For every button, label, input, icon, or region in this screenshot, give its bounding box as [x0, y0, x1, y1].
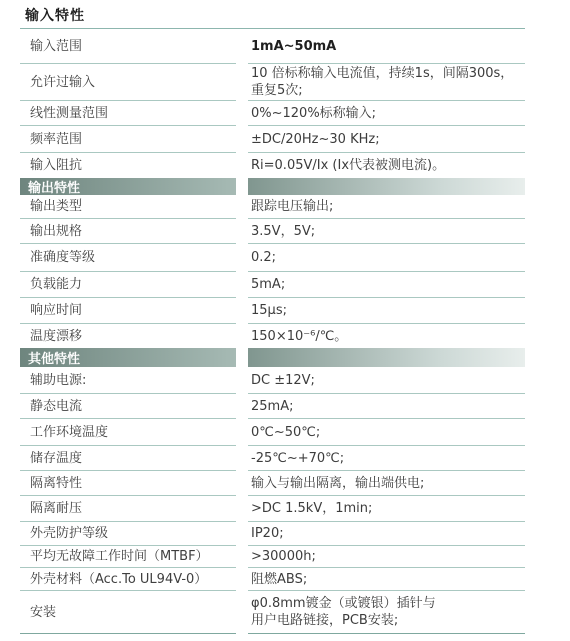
spec-value: 15μs; [248, 298, 525, 324]
spec-row: 准确度等级 0.2; [20, 244, 525, 272]
spec-value: -25℃~+70℃; [248, 446, 525, 471]
spec-value: 10 倍标称输入电流值，持续1s，间隔300s， 重复5次; [248, 64, 525, 101]
spec-value: 5mA; [248, 272, 525, 298]
spec-row: 允许过输入 10 倍标称输入电流值，持续1s，间隔300s， 重复5次; [20, 64, 525, 101]
spec-label: 允许过输入 [20, 64, 236, 101]
spec-value: 150×10⁻⁶/℃。 [248, 324, 525, 348]
spec-label: 频率范围 [20, 126, 236, 153]
spec-value: IP20; [248, 522, 525, 546]
spec-value: 0.2; [248, 244, 525, 272]
spec-label: 工作环境温度 [20, 419, 236, 446]
spec-label: 平均无故障工作时间（MTBF） [20, 546, 236, 568]
spec-label: 输出类型 [20, 195, 236, 219]
spec-label: 静态电流 [20, 394, 236, 419]
spec-row: 响应时间 15μs; [20, 298, 525, 324]
spec-row: 频率范围 ±DC/20Hz~30 KHz; [20, 126, 525, 153]
spec-row: 外壳防护等级 IP20; [20, 522, 525, 546]
spec-row: 输入阻抗 Ri=0.05V/Ix (Ix代表被测电流)。 [20, 153, 525, 178]
spec-row: 平均无故障工作时间（MTBF） >30000h; [20, 546, 525, 568]
spec-value: ±DC/20Hz~30 KHz; [248, 126, 525, 153]
spec-label: 输出规格 [20, 219, 236, 244]
spec-row: 静态电流 25mA; [20, 394, 525, 419]
spec-value: >30000h; [248, 546, 525, 568]
spec-row: 负载能力 5mA; [20, 272, 525, 298]
spec-row: 储存温度 -25℃~+70℃; [20, 446, 525, 471]
spec-value: 跟踪电压输出; [248, 195, 525, 219]
spec-value: 输入与输出隔离，输出端供电; [248, 471, 525, 496]
spec-label: 输入范围 [20, 29, 236, 64]
spec-label: 外壳材料（Acc.To UL94V-0） [20, 568, 236, 591]
spec-row: 输出类型 跟踪电压输出; [20, 195, 525, 219]
spec-row: 线性测量范围 0%~120%标称输入; [20, 101, 525, 126]
spec-label: 线性测量范围 [20, 101, 236, 126]
spec-value: 3.5V，5V; [248, 219, 525, 244]
spec-label: 安装 [20, 591, 236, 634]
spec-label: 隔离特性 [20, 471, 236, 496]
spec-row: 辅助电源: DC ±12V; [20, 367, 525, 394]
spec-value: Ri=0.05V/Ix (Ix代表被测电流)。 [248, 153, 525, 178]
spec-label: 储存温度 [20, 446, 236, 471]
spec-row: 隔离耐压 >DC 1.5kV，1min; [20, 496, 525, 522]
section-header-fill [248, 348, 525, 367]
spec-value: 阻燃ABS; [248, 568, 525, 591]
spec-value: φ0.8mm镀金（或镀银）插针与 用户电路链接，PCB安装; [248, 591, 525, 634]
spec-value: >DC 1.5kV，1min; [248, 496, 525, 522]
section-header-label: 其他特性 [20, 348, 236, 367]
spec-label: 准确度等级 [20, 244, 236, 272]
spec-row: 安装 φ0.8mm镀金（或镀银）插针与 用户电路链接，PCB安装; [20, 591, 525, 634]
spec-row: 输出规格 3.5V，5V; [20, 219, 525, 244]
section-header-output: 输出特性 [20, 178, 525, 195]
spec-row: 温度漂移 150×10⁻⁶/℃。 [20, 324, 525, 348]
spec-label: 外壳防护等级 [20, 522, 236, 546]
spec-label: 隔离耐压 [20, 496, 236, 522]
spec-value: 1mA~50mA [248, 29, 525, 64]
spec-value: 0%~120%标称输入; [248, 101, 525, 126]
spec-row: 外壳材料（Acc.To UL94V-0） 阻燃ABS; [20, 568, 525, 591]
spec-row: 输入范围 1mA~50mA [20, 29, 525, 64]
section-header-label: 输出特性 [20, 178, 236, 195]
spec-row: 工作环境温度 0℃~50℃; [20, 419, 525, 446]
spec-value: 0℃~50℃; [248, 419, 525, 446]
spec-label: 辅助电源: [20, 367, 236, 394]
spec-value: DC ±12V; [248, 367, 525, 394]
spec-sheet: 输入特性 输入范围 1mA~50mA 允许过输入 10 倍标称输入电流值，持续1… [0, 0, 570, 634]
spec-label: 负载能力 [20, 272, 236, 298]
spec-row: 隔离特性 输入与输出隔离，输出端供电; [20, 471, 525, 496]
section-header-other: 其他特性 [20, 348, 525, 367]
spec-value: 25mA; [248, 394, 525, 419]
section-header-fill [248, 178, 525, 195]
page-title: 输入特性 [25, 7, 570, 26]
spec-label: 输入阻抗 [20, 153, 236, 178]
spec-label: 响应时间 [20, 298, 236, 324]
spec-label: 温度漂移 [20, 324, 236, 348]
